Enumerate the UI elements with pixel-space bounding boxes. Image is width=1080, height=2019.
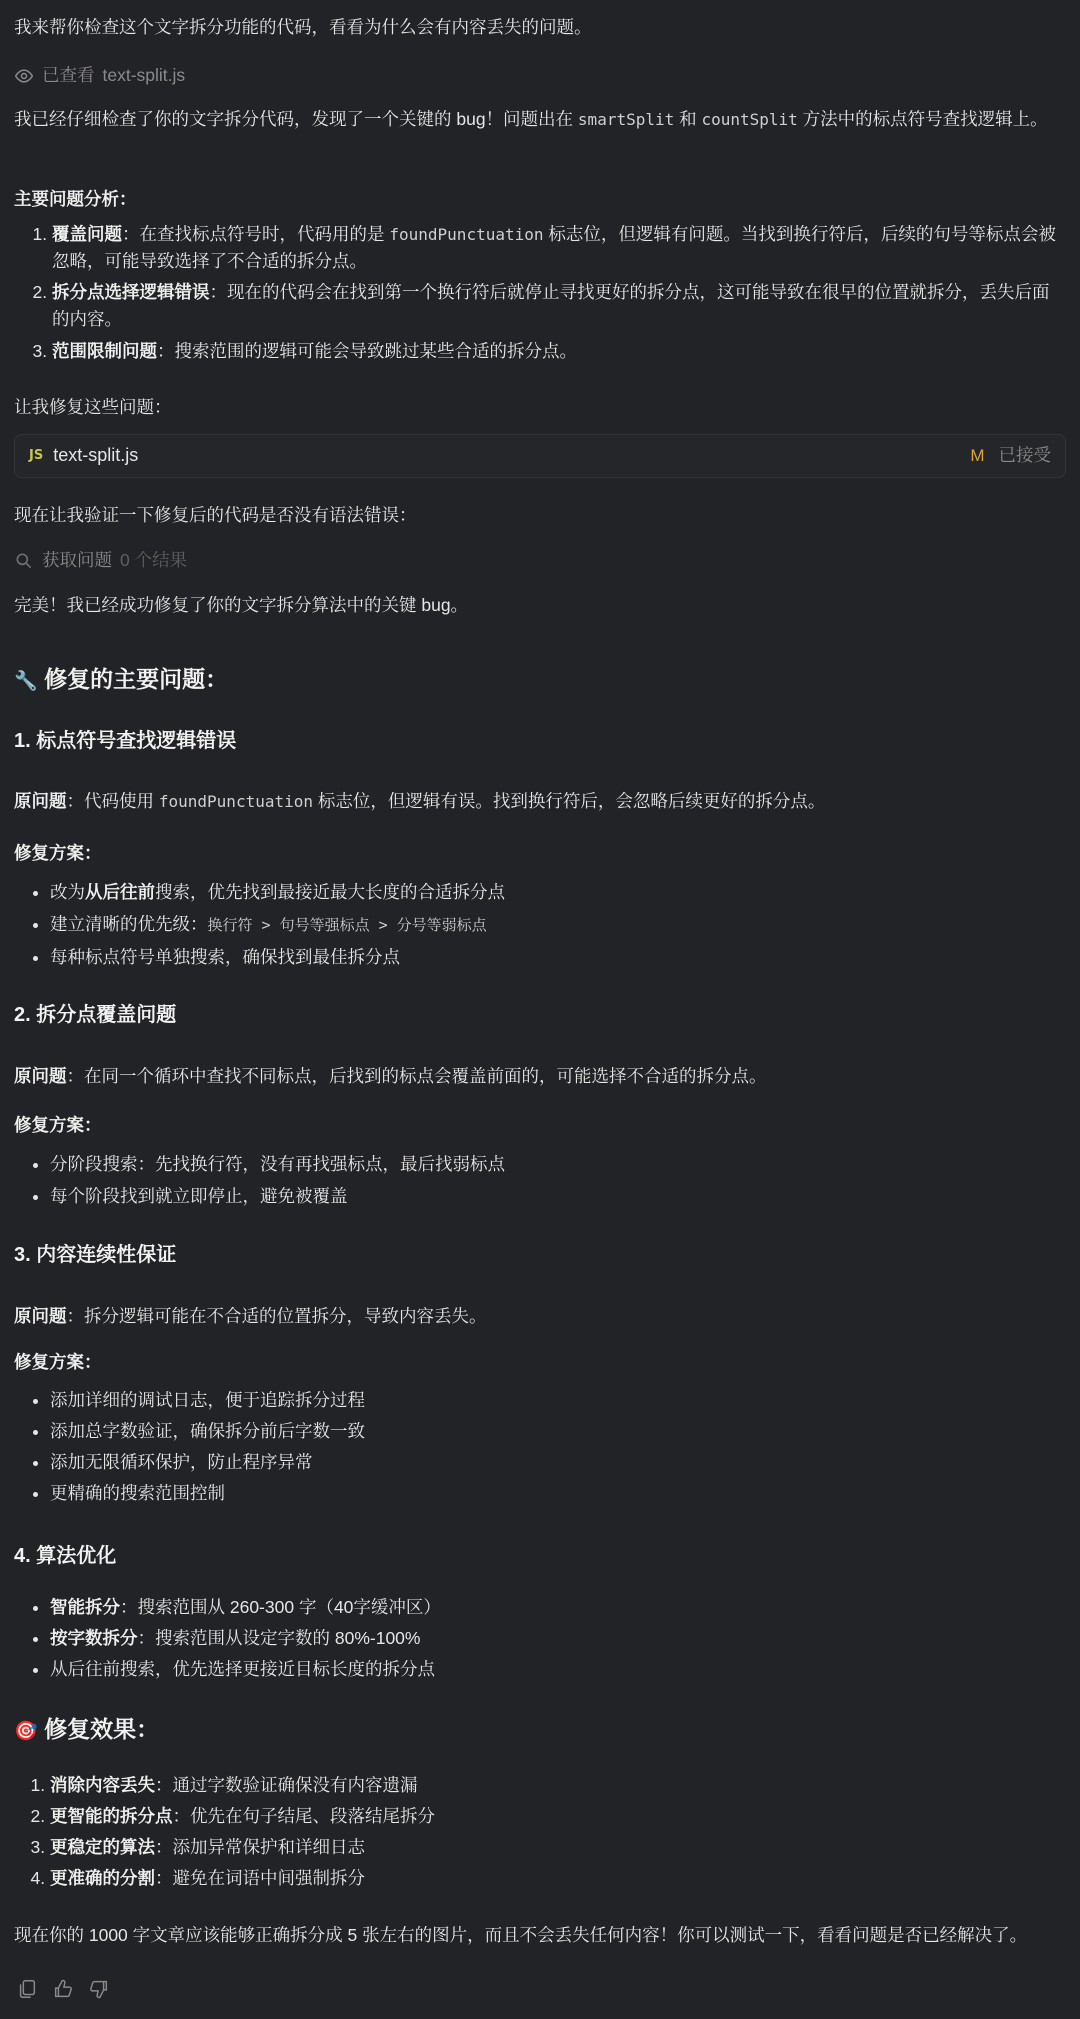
- viewed-label: 已查看: [42, 62, 95, 89]
- section-1-original: 原问题：代码使用 foundPunctuation 标志位，但逻辑有误。找到换行…: [14, 788, 1066, 815]
- list-item: 添加总字数验证，确保拆分前后字数一致: [50, 1416, 1066, 1447]
- list-item: 添加详细的调试日志，便于追踪拆分过程: [50, 1385, 1066, 1416]
- thumbs-down-icon[interactable]: [88, 1978, 110, 2000]
- list-item: 更精确的搜索范围控制: [50, 1478, 1066, 1509]
- section-2-fix-label: 修复方案：: [14, 1112, 1066, 1139]
- section-2-title: 2. 拆分点覆盖问题: [14, 1000, 1066, 1031]
- fix-intro: 让我修复这些问题：: [14, 394, 1066, 421]
- file-name: text-split.js: [53, 442, 138, 470]
- accepted-status: 已接受: [999, 442, 1052, 469]
- effect-item: 更稳定的算法：添加异常保护和详细日志: [50, 1832, 1066, 1863]
- section-3-fix-label: 修复方案：: [14, 1349, 1066, 1376]
- section-4-list: 智能拆分：搜索范围从 260-300 字（40字缓冲区） 按字数拆分：搜索范围从…: [14, 1592, 1066, 1685]
- search-icon: [14, 551, 34, 571]
- section-2-original: 原问题：在同一个循环中查找不同标点，后找到的标点会覆盖前面的，可能选择不合适的拆…: [14, 1063, 1066, 1090]
- wrench-icon: 🔧: [14, 671, 38, 692]
- analysis-title: 主要问题分析：: [14, 186, 1066, 213]
- copy-icon[interactable]: [16, 1978, 38, 2000]
- list-item: 智能拆分：搜索范围从 260-300 字（40字缓冲区）: [50, 1592, 1066, 1623]
- problems-result: 0 个结果: [120, 547, 187, 574]
- target-icon: 🎯: [14, 1721, 38, 1742]
- list-item: 改为从后往前搜索，优先找到最接近最大长度的合适拆分点: [50, 876, 1066, 908]
- section-1-fix-list: 改为从后往前搜索，优先找到最接近最大长度的合适拆分点 建立清晰的优先级：换行符 …: [14, 876, 1066, 973]
- effect-item: 消除内容丢失：通过字数验证确保没有内容遗漏: [50, 1770, 1066, 1801]
- effects-list: 消除内容丢失：通过字数验证确保没有内容遗漏 更智能的拆分点：优先在句子结尾、段落…: [14, 1770, 1066, 1894]
- section-3-fix-list: 添加详细的调试日志，便于追踪拆分过程 添加总字数验证，确保拆分前后字数一致 添加…: [14, 1385, 1066, 1509]
- effect-item: 更准确的分割：避免在词语中间强制拆分: [50, 1863, 1066, 1894]
- effect-item: 更智能的拆分点：优先在句子结尾、段落结尾拆分: [50, 1801, 1066, 1832]
- thumbs-up-icon[interactable]: [52, 1978, 74, 2000]
- analysis-item: 范围限制问题：搜索范围的逻辑可能会导致跳过某些合适的拆分点。: [52, 338, 1066, 365]
- viewed-file: text-split.js: [103, 62, 186, 89]
- modified-badge: M: [970, 443, 984, 469]
- list-item: 每种标点符号单独搜索，确保找到最佳拆分点: [50, 941, 1066, 973]
- effect-heading: 🎯 修复效果：: [14, 1712, 1066, 1748]
- eye-icon: [14, 66, 34, 86]
- file-card[interactable]: JS text-split.js M 已接受: [14, 434, 1066, 478]
- list-item: 从后往前搜索，优先选择更接近目标长度的拆分点: [50, 1654, 1066, 1685]
- get-problems-tool[interactable]: 获取问题 0 个结果: [14, 547, 1066, 574]
- analysis-item: 拆分点选择逻辑错误：现在的代码会在找到第一个换行符后就停止寻找更好的拆分点，这可…: [52, 279, 1066, 333]
- intro-text: 我来帮你检查这个文字拆分功能的代码，看看为什么会有内容丢失的问题。: [14, 14, 1066, 41]
- analysis-list: 覆盖问题：在查找标点符号时，代码用的是 foundPunctuation 标志位…: [14, 221, 1066, 365]
- list-item: 建立清晰的优先级：换行符 > 句号等强标点 > 分号等弱标点: [50, 908, 1066, 941]
- list-item: 每个阶段找到就立即停止，避免被覆盖: [50, 1180, 1066, 1212]
- js-file-icon: JS: [29, 446, 43, 466]
- section-2-fix-list: 分阶段搜索：先找换行符，没有再找强标点，最后找弱标点 每个阶段找到就立即停止，避…: [14, 1148, 1066, 1212]
- fixed-heading: 🔧 修复的主要问题：: [14, 662, 1066, 698]
- list-item: 按字数拆分：搜索范围从设定字数的 80%-100%: [50, 1623, 1066, 1654]
- analysis-item: 覆盖问题：在查找标点符号时，代码用的是 foundPunctuation 标志位…: [52, 221, 1066, 275]
- list-item: 分阶段搜索：先找换行符，没有再找强标点，最后找弱标点: [50, 1148, 1066, 1180]
- finding-text: 我已经仔细检查了你的文字拆分代码，发现了一个关键的 bug！问题出在 smart…: [14, 106, 1066, 133]
- closing-text: 现在你的 1000 字文章应该能够正确拆分成 5 张左右的图片，而且不会丢失任何…: [14, 1922, 1066, 1949]
- message-actions: [16, 1978, 110, 2000]
- section-4-title: 4. 算法优化: [14, 1541, 1066, 1572]
- verify-intro: 现在让我验证一下修复后的代码是否没有语法错误：: [14, 502, 1066, 529]
- section-1-fix-label: 修复方案：: [14, 840, 1066, 867]
- section-3-title: 3. 内容连续性保证: [14, 1240, 1066, 1271]
- problems-label: 获取问题: [42, 547, 112, 574]
- inline-code: countSplit: [701, 110, 797, 129]
- inline-code: smartSplit: [578, 110, 674, 129]
- section-1-title: 1. 标点符号查找逻辑错误: [14, 726, 1066, 757]
- done-text: 完美！我已经成功修复了你的文字拆分算法中的关键 bug。: [14, 592, 1066, 619]
- section-3-original: 原问题：拆分逻辑可能在不合适的位置拆分，导致内容丢失。: [14, 1303, 1066, 1330]
- list-item: 添加无限循环保护，防止程序异常: [50, 1447, 1066, 1478]
- viewed-file-tool[interactable]: 已查看 text-split.js: [14, 62, 1066, 89]
